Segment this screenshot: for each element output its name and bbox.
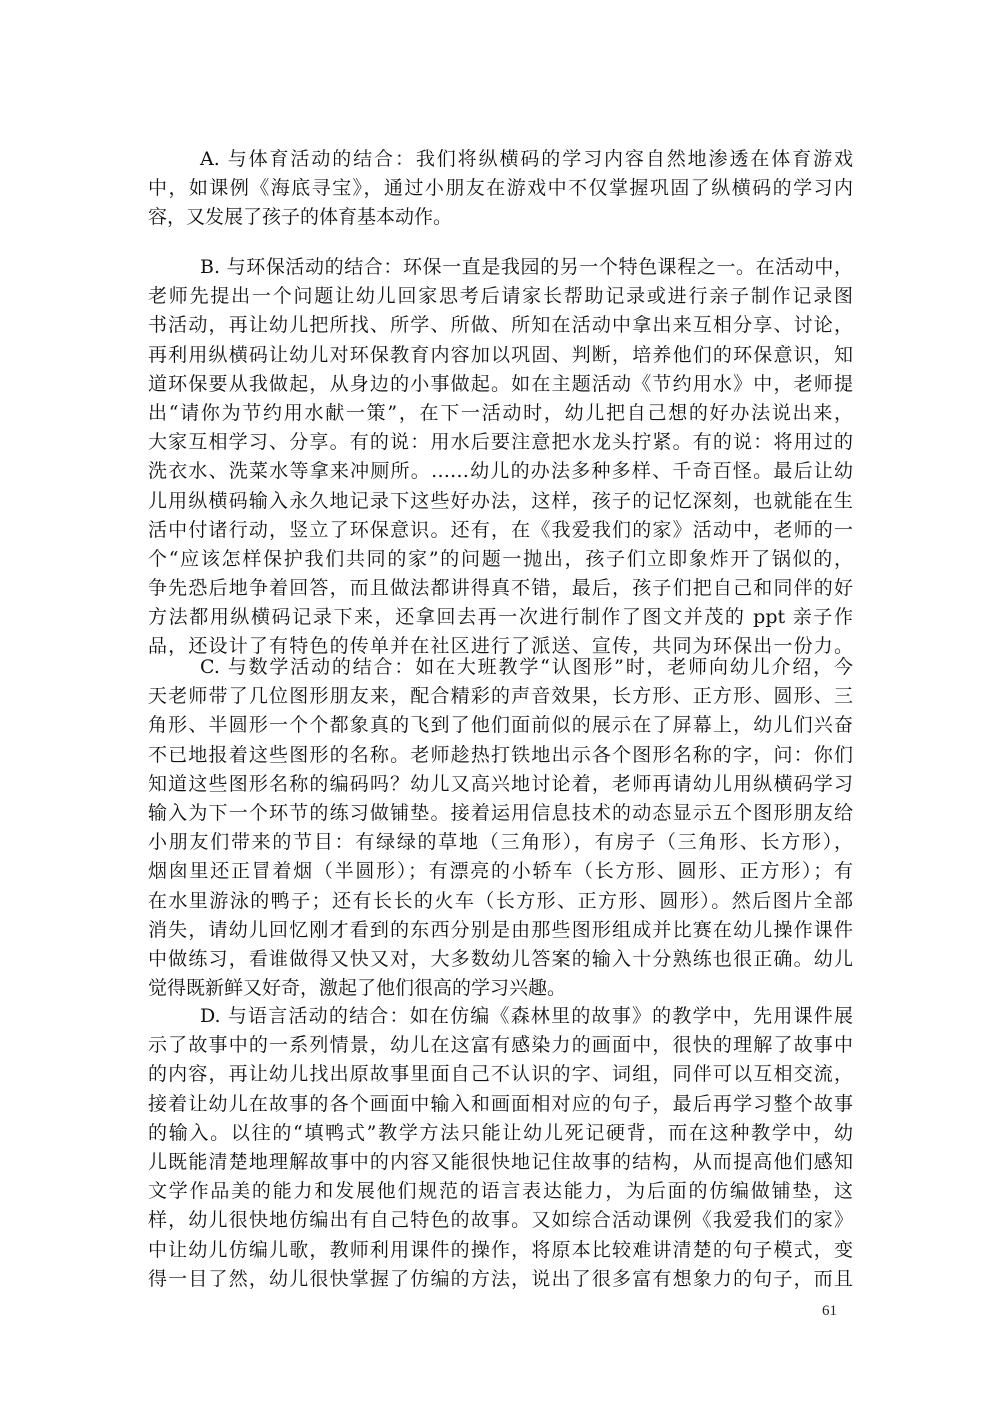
text-line: C. 与数学活动的结合：如在大班教学“认图形”时，老师向幼儿介绍，今 (148, 653, 853, 682)
text-line: 示了故事中的一系列情景，幼儿在这富有感染力的画面中，很快的理解了故事中 (148, 1031, 853, 1060)
text-line: 得一目了然，幼儿很快掌握了仿编的方法，说出了很多富有想象力的句子，而且 (148, 1265, 853, 1294)
text-line: 样，幼儿很快地仿编出有自己特色的故事。又如综合活动课例《我爱我们的家》 (148, 1206, 853, 1235)
text-line: 天老师带了几位图形朋友来，配合精彩的声音效果，长方形、正方形、圆形、三 (148, 682, 853, 711)
text-line: D. 与语言活动的结合：如在仿编《森林里的故事》的教学中，先用课件展 (148, 1002, 853, 1031)
text-line: 消失，请幼儿回忆刚才看到的东西分别是由那些图形组成并比赛在幼儿操作课件 (148, 916, 853, 945)
text-line: 儿用纵横码输入永久地记录下这些好办法，这样，孩子的记忆深刻，也就能在生 (148, 487, 853, 516)
text-line: 在水里游泳的鸭子；还有长长的火车（长方形、正方形、圆形）。然后图片全部 (148, 887, 853, 916)
text-line: 大家互相学习、分享。有的说：用水后要注意把水龙头拧紧。有的说：将用过的 (148, 428, 853, 457)
text-line: 容，又发展了孩子的体育基本动作。 (148, 203, 853, 232)
text-line: 小朋友们带来的节目：有绿绿的草地（三角形），有房子（三角形、长方形）， (148, 828, 853, 857)
document-page: A. 与体育活动的结合：我们将纵横码的学习内容自然地渗透在体育游戏 中，如课例《… (0, 0, 992, 1403)
text-line: 方法都用纵横码记录下来，还拿回去再一次进行制作了图文并茂的 ppt 亲子作 (148, 603, 853, 632)
text-line: 知道这些图形名称的编码吗？幼儿又高兴地讨论着，老师再请幼儿用纵横码学习 (148, 770, 853, 799)
text-line: 活中付诸行动，竖立了环保意识。还有，在《我爱我们的家》活动中，老师的一 (148, 516, 853, 545)
text-line: 文学作品美的能力和发展他们规范的语言表达能力，为后面的仿编做铺垫，这 (148, 1177, 853, 1206)
paragraph-b: B. 与环保活动的结合：环保一直是我园的另一个特色课程之一。在活动中， 老师先提… (148, 253, 853, 662)
text-line: 洗衣水、洗菜水等拿来冲厕所。……幼儿的办法多种多样、千奇百怪。最后让幼 (148, 457, 853, 486)
text-line: 个“应该怎样保护我们共同的家”的问题一抛出，孩子们立即象炸开了锅似的， (148, 545, 853, 574)
text-line: 争先恐后地争着回答，而且做法都讲得真不错，最后，孩子们把自己和同伴的好 (148, 574, 853, 603)
paragraph-c: C. 与数学活动的结合：如在大班教学“认图形”时，老师向幼儿介绍，今 天老师带了… (148, 653, 853, 1003)
text-line: 儿既能清楚地理解故事中的内容又能很快地记住故事的结构，从而提高他们感知 (148, 1148, 853, 1177)
page-number: 61 (822, 1303, 837, 1320)
text-line: 老师先提出一个问题让幼儿回家思考后请家长帮助记录或进行亲子制作记录图 (148, 282, 853, 311)
text-line: 中做练习，看谁做得又快又对，大多数幼儿答案的输入十分熟练也很正确。幼儿 (148, 945, 853, 974)
text-line: A. 与体育活动的结合：我们将纵横码的学习内容自然地渗透在体育游戏 (148, 145, 853, 174)
text-line: 中，如课例《海底寻宝》，通过小朋友在游戏中不仅掌握巩固了纵横码的学习内 (148, 174, 853, 203)
text-line: 接着让幼儿在故事的各个画面中输入和画面相对应的句子，最后再学习整个故事 (148, 1090, 853, 1119)
paragraph-a: A. 与体育活动的结合：我们将纵横码的学习内容自然地渗透在体育游戏 中，如课例《… (148, 145, 853, 233)
text-line: 不已地报着这些图形的名称。老师趁热打铁地出示各个图形名称的字，问：你们 (148, 741, 853, 770)
text-line: B. 与环保活动的结合：环保一直是我园的另一个特色课程之一。在活动中， (148, 253, 853, 282)
text-line: 道环保要从我做起，从身边的小事做起。如在主题活动《节约用水》中，老师提 (148, 370, 853, 399)
paragraph-d: D. 与语言活动的结合：如在仿编《森林里的故事》的教学中，先用课件展 示了故事中… (148, 1002, 853, 1294)
text-line: 烟囱里还正冒着烟（半圆形）；有漂亮的小轿车（长方形、圆形、正方形）；有 (148, 857, 853, 886)
text-line: 角形、半圆形一个个都象真的飞到了他们面前似的展示在了屏幕上，幼儿们兴奋 (148, 711, 853, 740)
text-line: 书活动，再让幼儿把所找、所学、所做、所知在活动中拿出来互相分享、讨论， (148, 311, 853, 340)
text-line: 的输入。以往的“填鸭式”教学方法只能让幼儿死记硬背，而在这种教学中，幼 (148, 1119, 853, 1148)
text-line: 觉得既新鲜又好奇，激起了他们很高的学习兴趣。 (148, 974, 853, 1003)
text-line: 出“请你为节约用水献一策”，在下一活动时，幼儿把自己想的好办法说出来， (148, 399, 853, 428)
text-line: 再利用纵横码让幼儿对环保教育内容加以巩固、判断，培养他们的环保意识，知 (148, 341, 853, 370)
text-line: 的内容，再让幼儿找出原故事里面自己不认识的字、词组，同伴可以互相交流， (148, 1060, 853, 1089)
text-line: 中让幼儿仿编儿歌，教师利用课件的操作，将原本比较难讲清楚的句子模式，变 (148, 1236, 853, 1265)
text-line: 输入为下一个环节的练习做铺垫。接着运用信息技术的动态显示五个图形朋友给 (148, 799, 853, 828)
